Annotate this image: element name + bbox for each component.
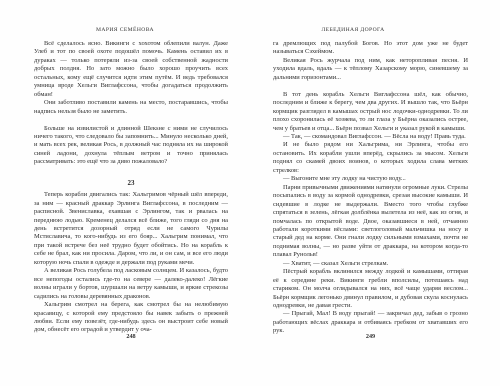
paragraph: А великая Рось голубела под ласковым сол…	[34, 267, 228, 301]
paragraph: — Выгоните мне эту лодку на чистую воду.…	[273, 175, 468, 183]
left-page: МАРИЯ СЕМЁНОВА Всё сделалось ясно. Викин…	[0, 0, 250, 386]
paragraph: га дремлющих под палубой Богов. Но этот …	[273, 40, 468, 57]
section-break	[273, 82, 468, 90]
book-spread: МАРИЯ СЕМЁНОВА Всё сделалось ясно. Викин…	[0, 0, 500, 386]
paragraph: Они заботливо поставили камень на место,…	[34, 99, 228, 116]
right-page: ЛЕБЕДИНАЯ ДОРОГА га дремлющих под палубо…	[250, 0, 500, 386]
paragraph: — Хватит, — сказал Хельги стрелкам.	[273, 260, 468, 268]
paragraph: В тот день корабль Хельги Виглафссона шё…	[273, 91, 468, 133]
section-break	[34, 116, 228, 124]
paragraph: И не было рядом ни Хальгрима, ни Эрлинга…	[273, 141, 468, 175]
running-head-author: МАРИЯ СЕМЁНОВА	[10, 27, 240, 33]
paragraph: Великая Рось журчала под ним, как неторо…	[273, 57, 468, 82]
right-page-text: га дремлющих под палубой Богов. Но этот …	[273, 40, 468, 336]
running-head-title: ЛЕБЕДИНАЯ ДОРОГА	[238, 27, 468, 33]
page-number-left: 248	[34, 333, 228, 340]
paragraph: Всё сделалось ясно. Викинги с хохотом об…	[34, 40, 228, 99]
paragraph: — Так, — скомандовал Виглафссон. — Вёсла…	[273, 133, 468, 141]
paragraph: Хальгрим смотрел на берега, как смотрел …	[34, 301, 228, 335]
paragraph: Парни привычными движениями натянули огр…	[273, 184, 468, 260]
paragraph: Больше на извилистой и длинной Шекsне с …	[34, 125, 228, 167]
section-break	[34, 167, 228, 175]
paragraph: Пёстрый корабль вклинился между лодкой и…	[273, 268, 468, 310]
left-page-text: Всё сделалось ясно. Викинги с хохотом об…	[34, 40, 228, 335]
paragraph: Теперь корабли двигались так: Хальгримов…	[34, 191, 228, 267]
chapter-number: 23	[34, 175, 228, 191]
page-number-right: 249	[273, 333, 468, 340]
